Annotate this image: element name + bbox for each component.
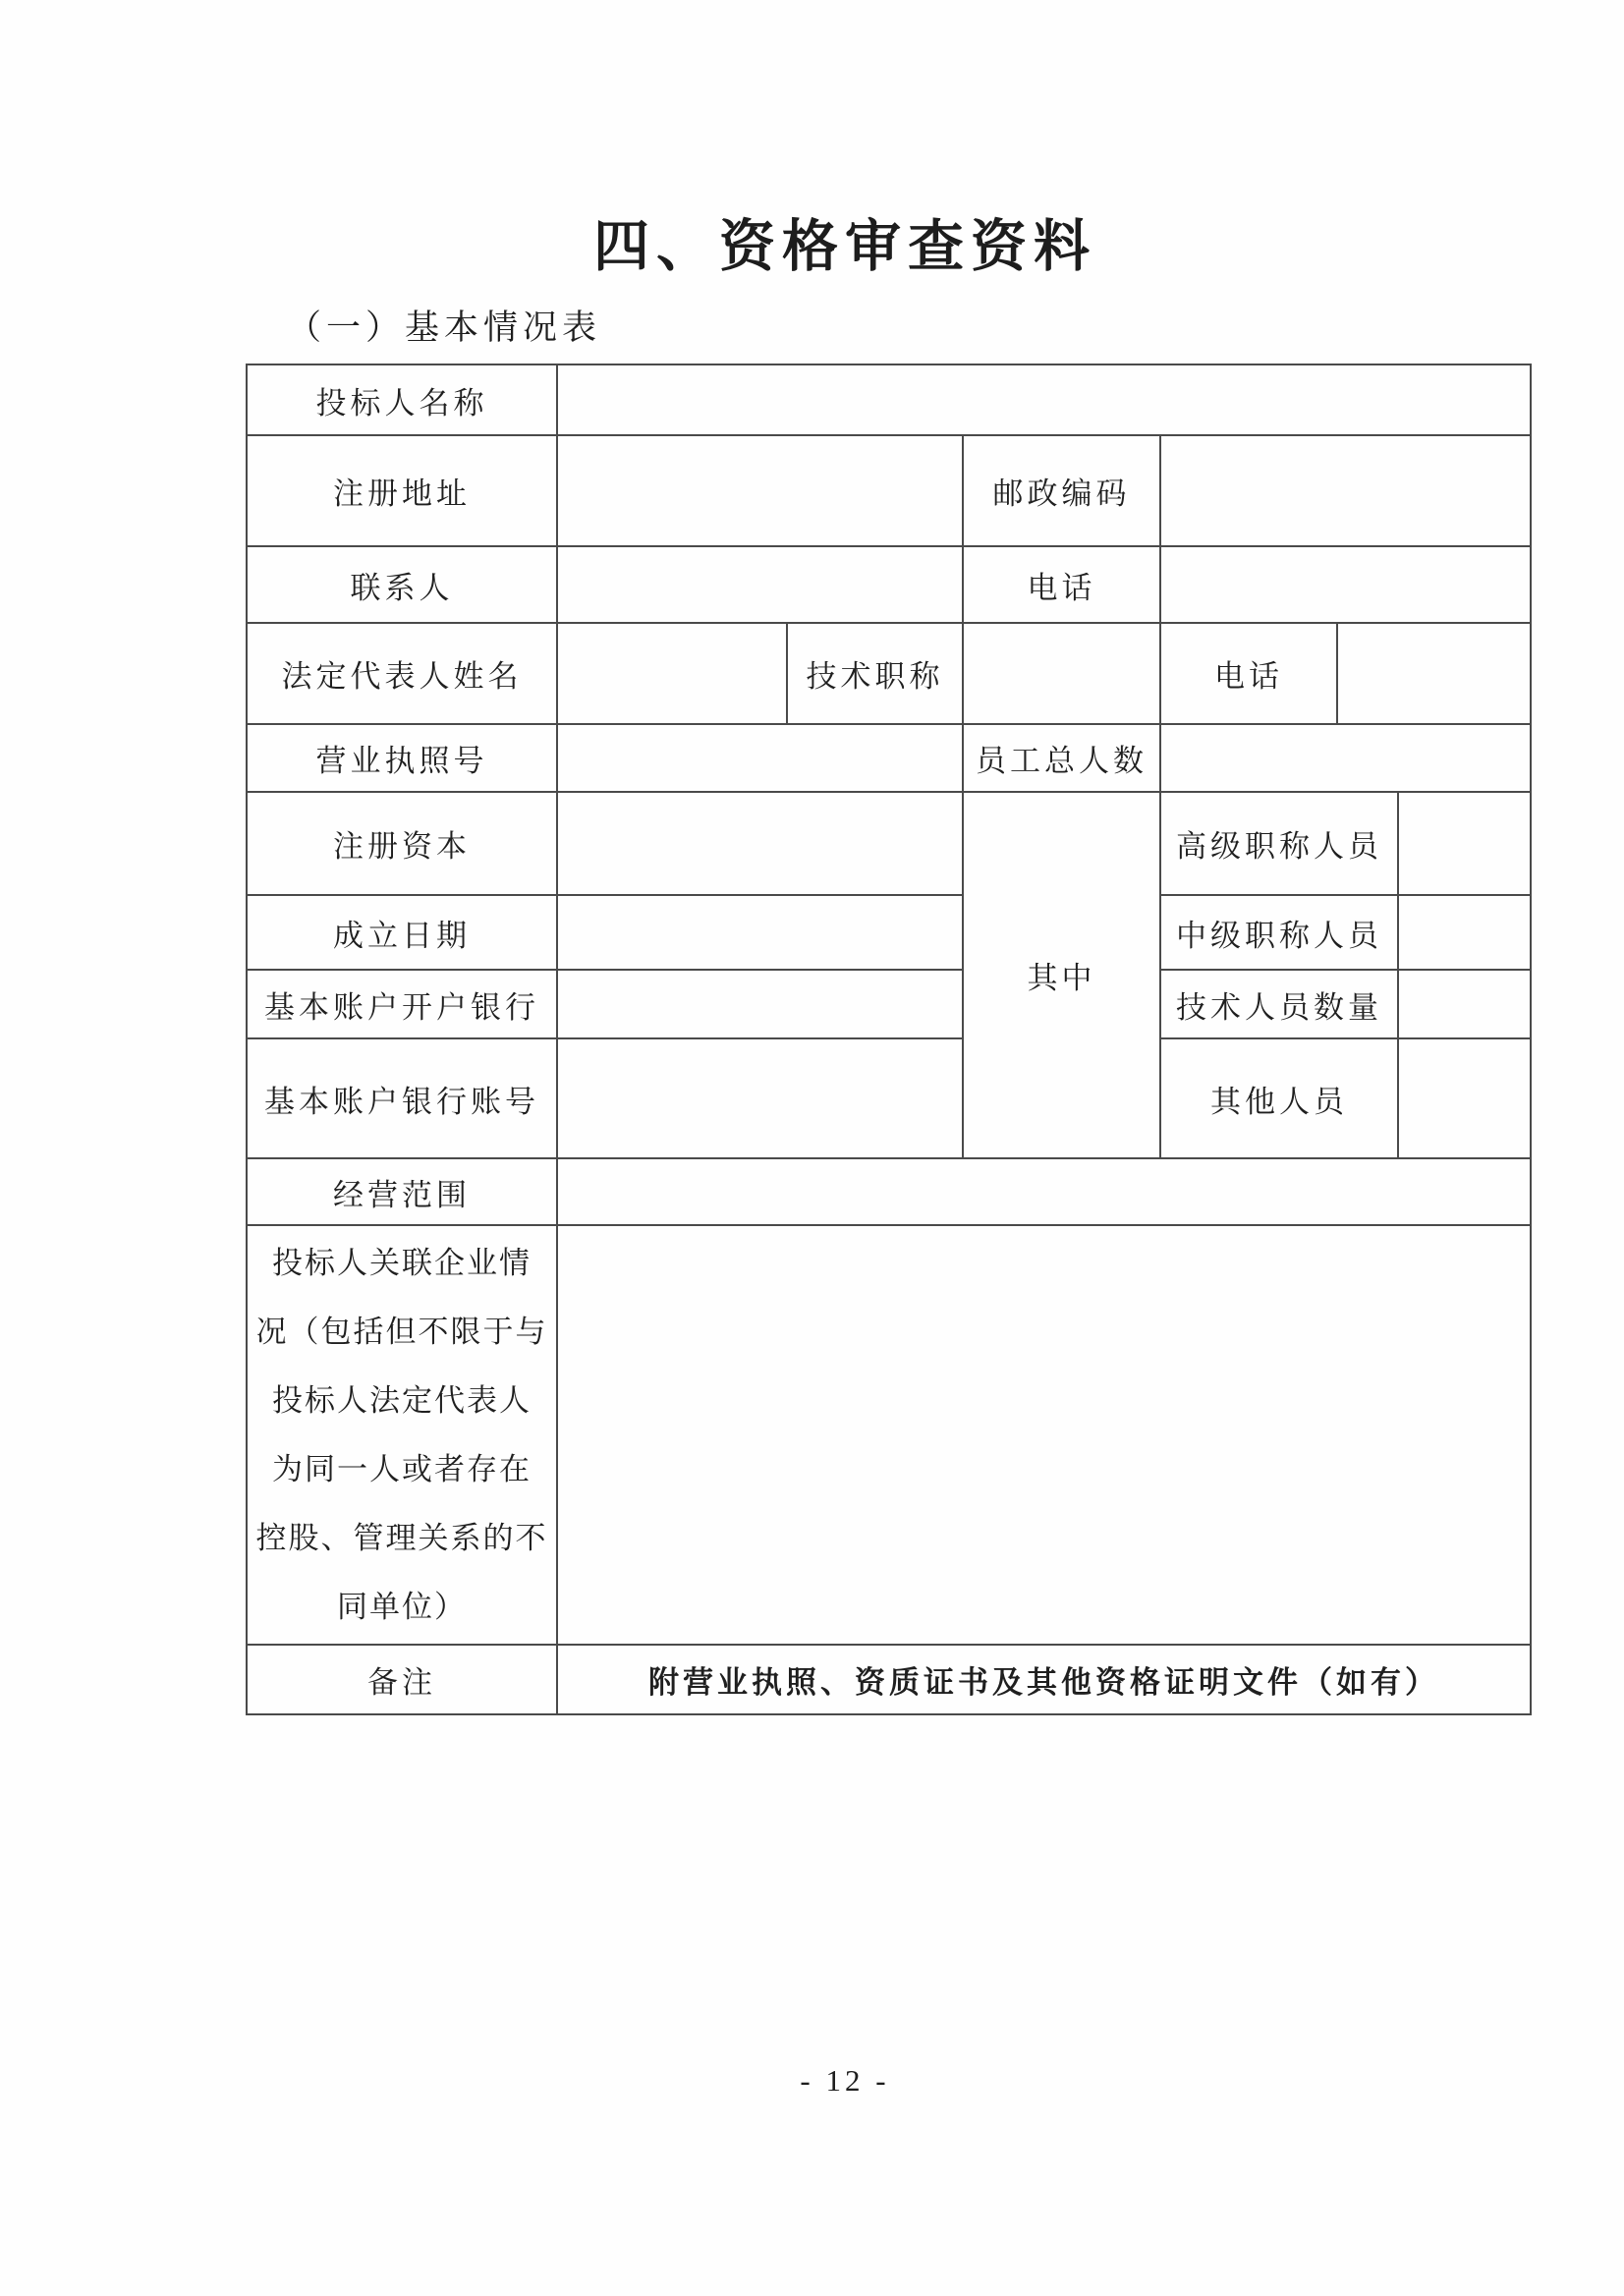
table-row: 基本账户银行账号 其他人员: [247, 1038, 1531, 1158]
business-scope-label: 经营范围: [247, 1158, 557, 1225]
tech-title-value: [963, 623, 1160, 724]
registered-address-label: 注册地址: [247, 435, 557, 546]
table-row: 备注 附营业执照、资质证书及其他资格证明文件（如有）: [247, 1645, 1531, 1714]
founding-date-label: 成立日期: [247, 895, 557, 970]
among-which-label: 其中: [963, 792, 1160, 1158]
founding-date-value: [557, 895, 963, 970]
senior-title-value: [1398, 792, 1531, 895]
other-staff-label: 其他人员: [1160, 1038, 1398, 1158]
bidder-name-label: 投标人名称: [247, 364, 557, 435]
license-no-value: [557, 724, 963, 792]
table-row: 联系人 电话: [247, 546, 1531, 623]
contact-person-value: [557, 546, 963, 623]
section-subtitle: （一）基本情况表: [287, 301, 601, 350]
legal-rep-name-label: 法定代表人姓名: [247, 623, 557, 724]
middle-title-value: [1398, 895, 1531, 970]
postal-code-value: [1160, 435, 1531, 546]
remarks-value: 附营业执照、资质证书及其他资格证明文件（如有）: [557, 1645, 1531, 1714]
table-row: 注册地址 邮政编码: [247, 435, 1531, 546]
page-title: 四、资格审查资料: [88, 201, 1601, 282]
business-scope-value: [557, 1158, 1531, 1225]
affiliates-value: [557, 1225, 1531, 1645]
bank-name-label: 基本账户开户银行: [247, 970, 557, 1038]
table-row: 营业执照号 员工总人数: [247, 724, 1531, 792]
legal-rep-phone-label: 电话: [1160, 623, 1337, 724]
legal-rep-name-value: [557, 623, 787, 724]
document-page: 四、资格审查资料 （一）基本情况表 投标人名称 注册地址 邮政编码 联系人 电话: [0, 0, 1624, 2296]
bank-name-value: [557, 970, 963, 1038]
contact-phone-value: [1160, 546, 1531, 623]
table-row: 成立日期 中级职称人员: [247, 895, 1531, 970]
remarks-label: 备注: [247, 1645, 557, 1714]
table-row: 投标人关联企业情 况（包括但不限于与 投标人法定代表人 为同一人或者存在 控股、…: [247, 1225, 1531, 1645]
registered-address-value: [557, 435, 963, 546]
table-row: 法定代表人姓名 技术职称 电话: [247, 623, 1531, 724]
table-row: 投标人名称: [247, 364, 1531, 435]
reg-capital-value: [557, 792, 963, 895]
page-number: - 12 -: [88, 2063, 1601, 2099]
bank-account-label: 基本账户银行账号: [247, 1038, 557, 1158]
legal-rep-phone-value: [1337, 623, 1531, 724]
affiliates-label-lines: 投标人关联企业情 况（包括但不限于与 投标人法定代表人 为同一人或者存在 控股、…: [248, 1229, 556, 1642]
basic-info-table: 投标人名称 注册地址 邮政编码 联系人 电话 法定代表人姓名 技术职称 电话 营…: [246, 364, 1532, 1715]
bank-account-value: [557, 1038, 963, 1158]
tech-count-value: [1398, 970, 1531, 1038]
table-row: 注册资本 其中 高级职称人员: [247, 792, 1531, 895]
total-staff-label: 员工总人数: [963, 724, 1160, 792]
affiliates-label: 投标人关联企业情 况（包括但不限于与 投标人法定代表人 为同一人或者存在 控股、…: [247, 1225, 557, 1645]
table-row: 基本账户开户银行 技术人员数量: [247, 970, 1531, 1038]
middle-title-label: 中级职称人员: [1160, 895, 1398, 970]
tech-count-label: 技术人员数量: [1160, 970, 1398, 1038]
reg-capital-label: 注册资本: [247, 792, 557, 895]
contact-person-label: 联系人: [247, 546, 557, 623]
table-row: 经营范围: [247, 1158, 1531, 1225]
other-staff-value: [1398, 1038, 1531, 1158]
bidder-name-value: [557, 364, 1531, 435]
postal-code-label: 邮政编码: [963, 435, 1160, 546]
tech-title-label: 技术职称: [787, 623, 963, 724]
contact-phone-label: 电话: [963, 546, 1160, 623]
total-staff-value: [1160, 724, 1531, 792]
license-no-label: 营业执照号: [247, 724, 557, 792]
senior-title-label: 高级职称人员: [1160, 792, 1398, 895]
